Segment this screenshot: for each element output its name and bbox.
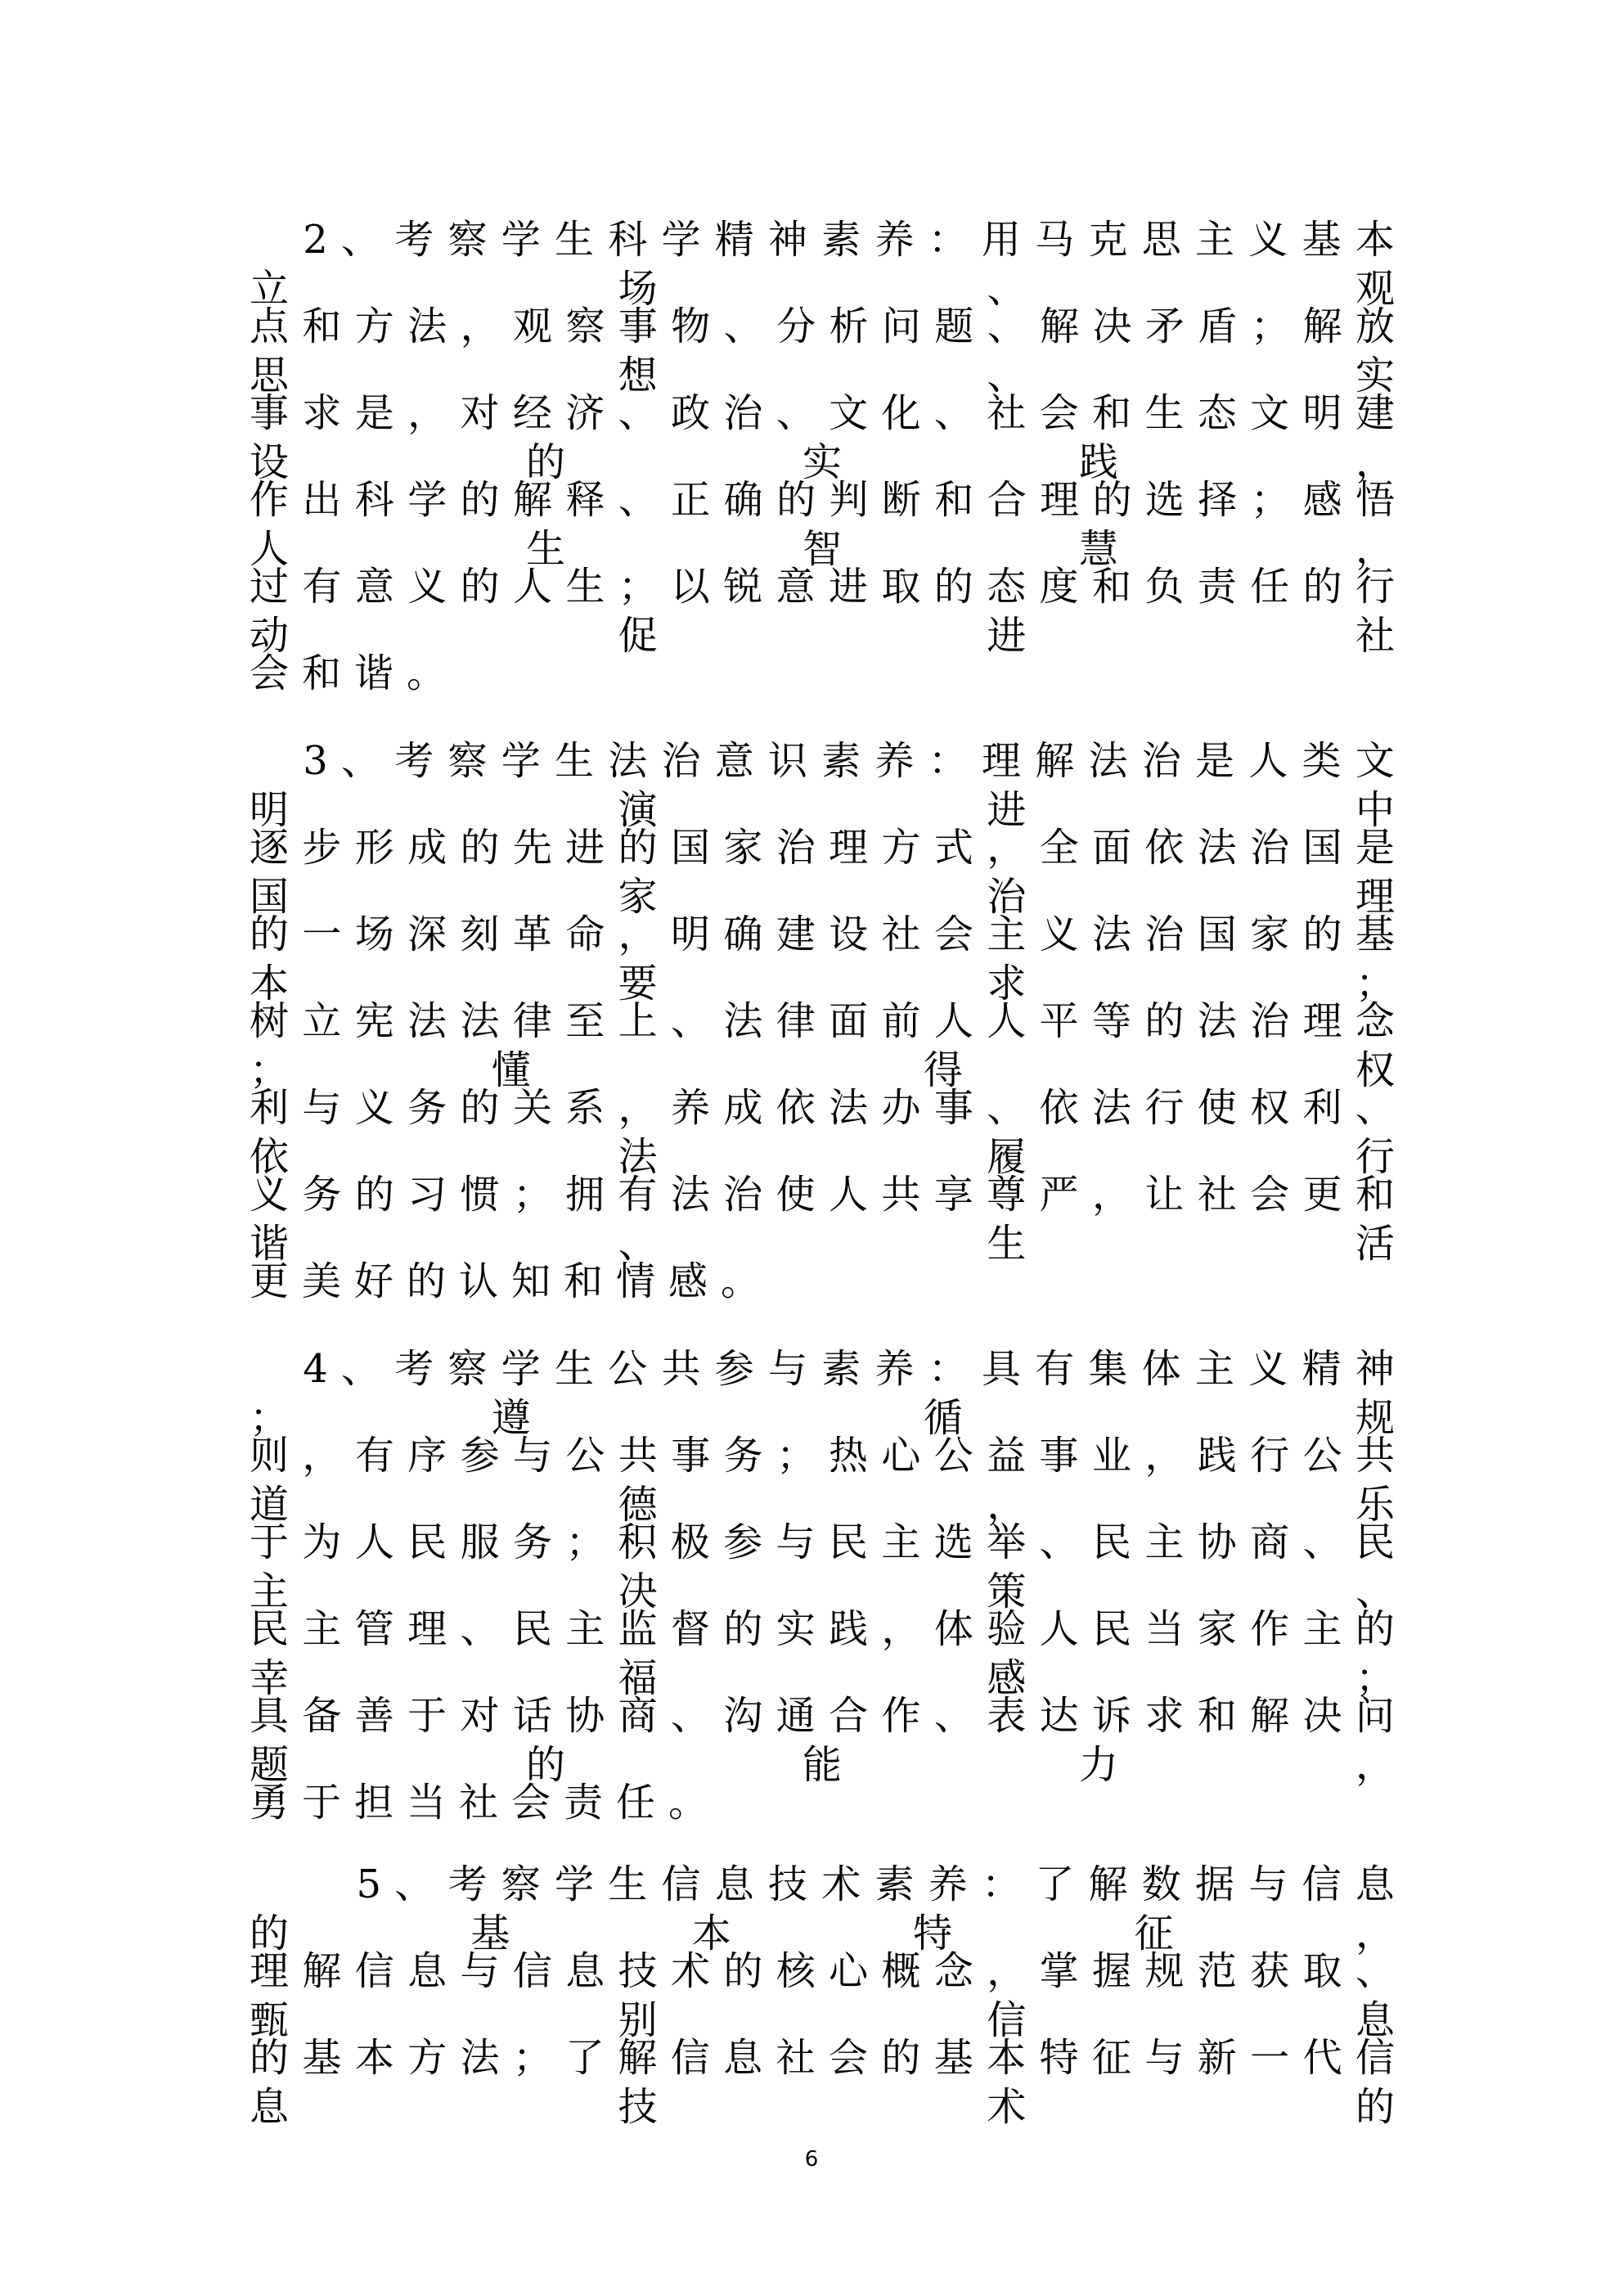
text-line: 更美好的认知和情感。 [250, 1257, 1395, 1306]
text-line: 于 为 人 民 服 务 ； 积 极 参 与 民 主 选 举 、 民 主 协 商 … [250, 1518, 1395, 1567]
text-line: 利 与 义 务 的 关 系 ， 养 成 依 法 办 事 、 依 法 行 使 权 … [250, 1083, 1395, 1132]
text-line: 会和谐。 [250, 649, 1395, 698]
text-line: 5 、 考 察 学 生 信 息 技 术 素 养 ： 了 解 数 据 与 信 息 … [250, 1860, 1395, 1909]
text-line: 树 立 宪 法 法 律 至 上 、 法 律 面 前 人 人 平 等 的 法 治 … [250, 997, 1395, 1046]
text-line: 过 有 意 义 的 人 生 ； 以 锐 意 进 取 的 态 度 和 负 责 任 … [250, 562, 1395, 611]
text-line: 具 备 善 于 对 话 协 商 、 沟 通 合 作 、 表 达 诉 求 和 解 … [250, 1691, 1395, 1740]
text-line: 理 解 信 息 与 信 息 技 术 的 核 心 概 念 ， 掌 握 规 范 获 … [250, 1947, 1395, 1996]
text-line: 事 求 是 ， 对 经 济 、 政 治 、 文 化 、 社 会 和 生 态 文 … [250, 389, 1395, 438]
text-line: 点 和 方 法 ， 观 察 事 物 、 分 析 问 题 、 解 决 矛 盾 ； … [250, 302, 1395, 351]
text-line: 的 一 场 深 刻 革 命 ， 明 确 建 设 社 会 主 义 法 治 国 家 … [250, 910, 1395, 959]
text-line: 则 ， 有 序 参 与 公 共 事 务 ； 热 心 公 益 事 业 ， 践 行 … [250, 1431, 1395, 1480]
text-line: 作 出 科 学 的 解 释 、 正 确 的 判 断 和 合 理 的 选 择 ； … [250, 475, 1395, 524]
text-line: 义 务 的 习 惯 ； 拥 有 法 治 使 人 共 享 尊 严 ， 让 社 会 … [250, 1170, 1395, 1219]
text-line: 4 、 考 察 学 生 公 共 参 与 素 养 ： 具 有 集 体 主 义 精 … [250, 1344, 1395, 1393]
text-line: 的 基 本 方 法 ； 了 解 信 息 社 会 的 基 本 特 征 与 新 一 … [250, 2033, 1395, 2082]
text-line: 逐 步 形 成 的 先 进 的 国 家 治 理 方 式 ， 全 面 依 法 治 … [250, 823, 1395, 872]
document-page: 2 、 考 察 学 生 科 学 精 神 素 养 ： 用 马 克 思 主 义 基 … [0, 0, 1623, 2296]
text-line: 2 、 考 察 学 生 科 学 精 神 素 养 ： 用 马 克 思 主 义 基 … [250, 215, 1395, 264]
text-line: 民 主 管 理 、 民 主 监 督 的 实 践 ， 体 验 人 民 当 家 作 … [250, 1605, 1395, 1654]
text-line: 3 、 考 察 学 生 法 治 意 识 素 养 ： 理 解 法 治 是 人 类 … [250, 736, 1395, 786]
page-number: 6 [0, 2147, 1623, 2172]
text-line: 勇于担当社会责任。 [250, 1778, 1395, 1827]
